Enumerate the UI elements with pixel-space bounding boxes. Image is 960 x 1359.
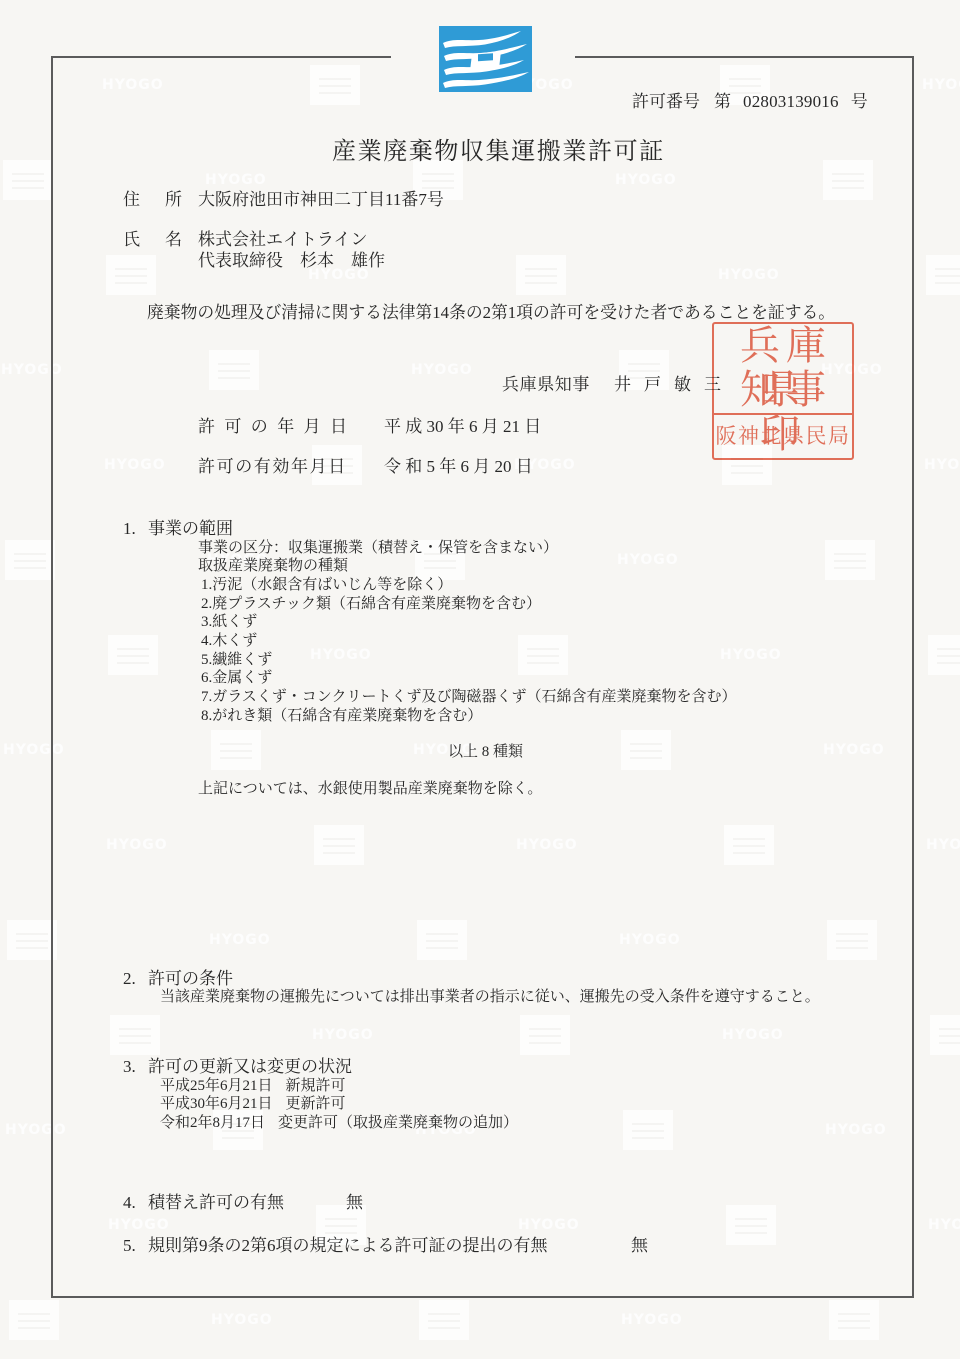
section-scope-body: 事業の区分：収集運搬業（積替え・保管を含まない） 取扱産業廃棄物の種類 1.汚泥… <box>198 539 737 726</box>
watermark-text: HYOGO <box>516 837 578 853</box>
watermark-text: HYOGO <box>924 457 960 473</box>
watermark-emblem-icon <box>928 635 960 675</box>
section-conditions-heading: 2.許可の条件 <box>123 969 233 989</box>
watermark-emblem-icon <box>110 1015 160 1055</box>
conditions-body: 当該産業廃棄物の運搬先については排出事業者の指示に従い、運搬先の受入条件を遵守す… <box>160 988 820 1007</box>
waste-type-item: 8.がれき類（石綿含有産業廃棄物を含む） <box>198 707 737 726</box>
rule-value: 無 <box>631 1236 648 1256</box>
history-event: 変更許可（取扱産業廃棄物の追加） <box>278 1115 518 1131</box>
name-label-2: 名 <box>165 230 182 250</box>
history-entry: 令和2年8月17日変更許可（取扱産業廃棄物の追加） <box>160 1114 518 1133</box>
watermark-text: HYOGO <box>619 932 681 948</box>
certification-statement: 廃棄物の処理及び清掃に関する法律第14条の2第1項の許可を受けた者であることを証… <box>147 303 835 323</box>
section-number: 4. <box>123 1193 148 1213</box>
governor-seal-stamp: 兵庫県 知事印 阪神北県民局 <box>712 322 854 460</box>
watermark-emblem-icon <box>3 160 53 200</box>
watermark-emblem-icon <box>310 65 360 105</box>
watermark-emblem-icon <box>108 635 158 675</box>
transshipment-value: 無 <box>346 1193 363 1213</box>
watermark-emblem-icon <box>621 730 671 770</box>
watermark-emblem-icon <box>5 540 55 580</box>
section-title: 許可の更新又は変更の状況 <box>148 1057 352 1076</box>
history-list: 平成25年6月21日新規許可 平成30年6月21日更新許可 令和2年8月17日変… <box>160 1077 518 1133</box>
section-transshipment-heading: 4.積替え許可の有無 <box>123 1193 284 1213</box>
watermark-emblem-icon <box>827 920 877 960</box>
waste-permit-certificate: HYOGOHYOGOHYOGOHYOGOHYOGOHYOGOHYOGOHYOGO… <box>0 0 960 1359</box>
waste-types-heading: 取扱産業廃棄物の種類 <box>198 557 737 576</box>
watermark-emblem-icon <box>106 255 156 295</box>
permit-number: 02803139016 <box>743 92 839 112</box>
watermark-text: HYOGO <box>106 837 168 853</box>
section-rule-heading: 5.規則第9条の2第6項の規定による許可証の提出の有無 <box>123 1236 548 1256</box>
hyogo-emblem-icon <box>439 26 532 92</box>
watermark-text: HYOGO <box>209 932 271 948</box>
watermark-text: HYOGO <box>211 1312 273 1328</box>
history-event: 新規許可 <box>286 1078 346 1094</box>
permit-number-suffix: 号 <box>851 92 868 112</box>
watermark-text: HYOGO <box>518 1217 580 1233</box>
history-date: 平成25年6月21日 <box>160 1078 273 1094</box>
watermark-emblem-icon <box>419 1300 469 1340</box>
section-title: 許可の条件 <box>148 969 233 988</box>
watermark-emblem-icon <box>823 160 873 200</box>
watermark-emblem-icon <box>516 255 566 295</box>
watermark-text: HYOGO <box>823 742 885 758</box>
section-number: 3. <box>123 1057 148 1077</box>
waste-type-item: 5.繊維くず <box>198 651 737 670</box>
watermark-text: HYOGO <box>205 172 267 188</box>
watermark-text: HYOGO <box>104 457 166 473</box>
watermark-text: HYOGO <box>825 1122 887 1138</box>
waste-type-item: 4.木くず <box>198 632 737 651</box>
section-scope-heading: 1.事業の範囲 <box>123 519 233 539</box>
permit-number-prefix: 第 <box>714 92 731 112</box>
waste-type-item: 6.金属くず <box>198 669 737 688</box>
history-entry: 平成25年6月21日新規許可 <box>160 1077 518 1096</box>
section-number: 5. <box>123 1236 148 1256</box>
watermark-text: HYOGO <box>102 77 164 93</box>
watermark-emblem-icon <box>930 1015 960 1055</box>
history-entry: 平成30年6月21日更新許可 <box>160 1095 518 1114</box>
waste-types-total: 以上 8 種類 <box>448 743 523 762</box>
address-label-2: 所 <box>165 190 182 210</box>
waste-type-item: 2.廃プラスチック類（石綿含有産業廃棄物を含む） <box>198 595 737 614</box>
watermark-text: HYOGO <box>722 1027 784 1043</box>
watermark-text: HYOGO <box>312 1027 374 1043</box>
document-title: 産業廃棄物収集運搬業許可証 <box>332 137 665 167</box>
permit-number-row: 許可番号 第 02803139016 号 <box>632 92 868 112</box>
watermark-text: HYOGO <box>1 362 63 378</box>
watermark-emblem-icon <box>7 920 57 960</box>
watermark-emblem-icon <box>825 540 875 580</box>
watermark-emblem-icon <box>724 825 774 865</box>
watermark-text: HYOGO <box>3 742 65 758</box>
frame-border-bottom <box>51 1296 914 1298</box>
waste-type-item: 1.汚泥（水銀含有ばいじん等を除く） <box>198 576 737 595</box>
expiry-date-label: 許可の有効年月日 <box>198 457 347 477</box>
watermark-text: HYOGO <box>928 1217 960 1233</box>
watermark-emblem-icon <box>520 1015 570 1055</box>
frame-border-top-right <box>575 56 914 58</box>
watermark-emblem-icon <box>314 825 364 865</box>
address-value: 大阪府池田市神田二丁目11番7号 <box>198 190 444 210</box>
section-title: 規則第9条の2第6項の規定による許可証の提出の有無 <box>148 1236 548 1255</box>
section-number: 1. <box>123 519 148 539</box>
address-label-1: 住 <box>123 190 140 210</box>
watermark-emblem-icon <box>211 730 261 770</box>
watermark-emblem-icon <box>829 1300 879 1340</box>
seal-office: 阪神北県民局 <box>714 413 852 458</box>
watermark-emblem-icon <box>9 1300 59 1340</box>
waste-type-item: 7.ガラスくず・コンクリートくず及び陶磁器くず（石綿含有産業廃棄物を含む） <box>198 688 737 707</box>
frame-border-top-left <box>51 56 391 58</box>
company-name: 株式会社エイトライン <box>198 230 368 250</box>
section-number: 2. <box>123 969 148 989</box>
watermark-text: HYOGO <box>108 1217 170 1233</box>
history-date: 令和2年8月17日 <box>160 1115 265 1131</box>
watermark-emblem-icon <box>926 255 960 295</box>
section-title: 積替え許可の有無 <box>148 1193 284 1212</box>
section-title: 事業の範囲 <box>148 519 233 538</box>
watermark-text: HYOGO <box>621 1312 683 1328</box>
watermark-text: HYOGO <box>922 77 960 93</box>
name-label-1: 氏 <box>123 230 140 250</box>
watermark-text: HYOGO <box>718 267 780 283</box>
history-event: 更新許可 <box>286 1096 346 1112</box>
issuer-title: 兵庫県知事 <box>502 375 590 395</box>
business-type: 事業の区分：収集運搬業（積替え・保管を含まない） <box>198 539 737 558</box>
frame-border-left <box>51 56 53 1298</box>
representative-name: 代表取締役 杉本 雄作 <box>198 251 385 271</box>
issue-date-value: 平 成 30 年 6 月 21 日 <box>384 417 541 437</box>
expiry-date-value: 令 和 5 年 6 月 20 日 <box>384 457 533 477</box>
frame-border-right <box>912 56 914 1298</box>
section-history-heading: 3.許可の更新又は変更の状況 <box>123 1057 352 1077</box>
watermark-emblem-icon <box>417 920 467 960</box>
watermark-emblem-icon <box>209 350 259 390</box>
watermark-text: HYOGO <box>615 172 677 188</box>
scope-note: 上記については、水銀使用製品産業廃棄物を除く。 <box>198 780 542 799</box>
watermark-emblem-icon <box>726 1205 776 1245</box>
watermark-text: HYOGO <box>926 837 960 853</box>
permit-number-label: 許可番号 <box>632 92 700 112</box>
waste-type-item: 3.紙くず <box>198 613 737 632</box>
history-date: 平成30年6月21日 <box>160 1096 273 1112</box>
watermark-emblem-icon <box>623 1110 673 1150</box>
watermark-text: HYOGO <box>5 1122 67 1138</box>
watermark-text: HYOGO <box>411 362 473 378</box>
issue-date-label: 許可の年月日 <box>198 417 356 437</box>
